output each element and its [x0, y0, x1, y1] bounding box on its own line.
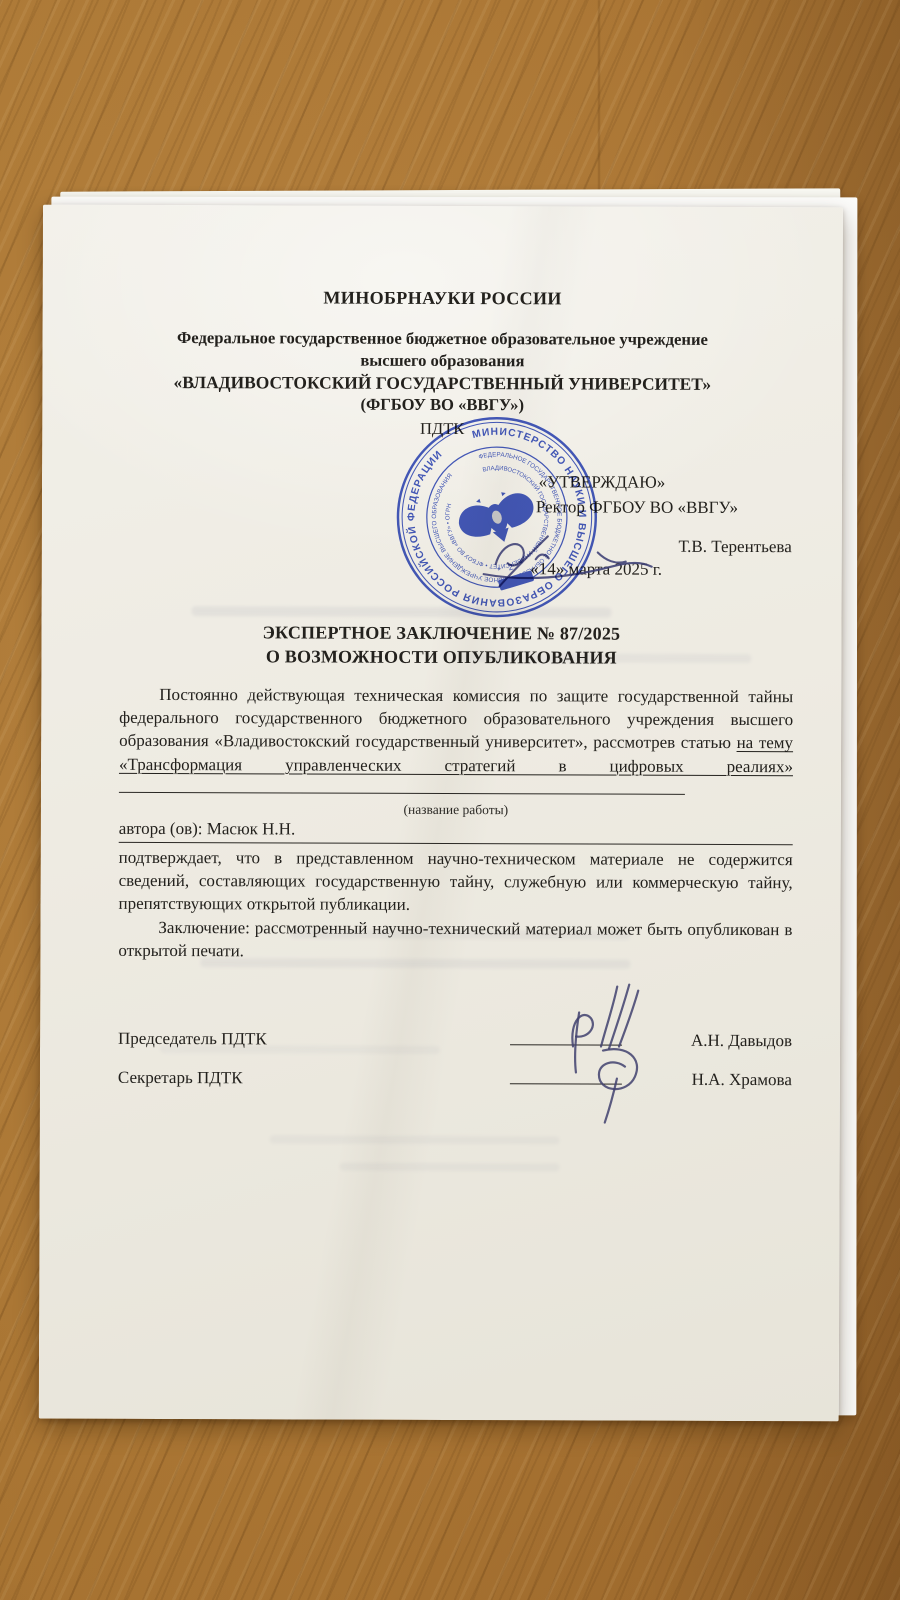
signature-row-secretary: Секретарь ПДТК Н.А. Храмова	[118, 1066, 792, 1092]
signer-name: А.Н. Давыдов	[660, 1031, 792, 1051]
double-headed-eagle-icon	[451, 476, 541, 553]
org-line2: высшего образования	[42, 349, 842, 374]
org-name: «ВЛАДИВОСТОКСКИЙ ГОСУДАРСТВЕННЫЙ УНИВЕРС…	[42, 371, 842, 396]
document-page: МИНОБРНАУКИ РОССИИ Федеральное государст…	[39, 205, 843, 1422]
committee-signatures-scribble	[543, 974, 676, 1126]
signer-name: Н.А. Храмова	[660, 1070, 792, 1090]
desk-photo: { "scene": { "desk_wood_color": "#ab7430…	[0, 0, 900, 1600]
university-seal-stamp: МИНИСТЕРСТВО НАУКИ И ВЫСШЕГО ОБРАЗОВАНИЯ…	[394, 414, 601, 621]
document-title-line2: О ВОЗМОЖНОСТИ ОПУБЛИКОВАНИЯ	[41, 644, 841, 671]
signer-role: Секретарь ПДТК	[118, 1068, 243, 1088]
paper-stack: МИНОБРНАУКИ РОССИИ Федеральное государст…	[0, 0, 900, 1600]
body-paragraph-1: Постоянно действующая техническая комисс…	[119, 683, 793, 801]
authors-line: автора (ов): Масюк Н.Н.	[119, 818, 793, 845]
bleedthrough-mark	[340, 1163, 560, 1172]
body-paragraph-3: Заключение: рассмотренный научно-техниче…	[118, 915, 792, 964]
signature-block: Председатель ПДТК А.Н. Давыдов Секретарь…	[118, 1027, 792, 1107]
ministry-heading: МИНОБРНАУКИ РОССИИ	[43, 287, 843, 311]
bleedthrough-mark	[270, 1135, 560, 1144]
signer-role: Председатель ПДТК	[118, 1029, 267, 1050]
body-paragraph-2: подтверждает, что в представленном научн…	[118, 846, 792, 918]
paragraph-1-text: Постоянно действующая техническая комисс…	[119, 685, 793, 752]
document-title: ЭКСПЕРТНОЕ ЗАКЛЮЧЕНИЕ № 87/2025 О ВОЗМОЖ…	[41, 620, 841, 671]
signature-row-chairman: Председатель ПДТК А.Н. Давыдов	[118, 1027, 792, 1053]
document-title-line1: ЭКСПЕРТНОЕ ЗАКЛЮЧЕНИЕ № 87/2025	[41, 620, 841, 647]
document-body: Постоянно действующая техническая комисс…	[118, 683, 793, 964]
work-title-caption: (название работы)	[119, 800, 793, 819]
ruled-line-filler	[119, 777, 685, 795]
org-line1: Федеральное государственное бюджетное об…	[42, 327, 842, 352]
